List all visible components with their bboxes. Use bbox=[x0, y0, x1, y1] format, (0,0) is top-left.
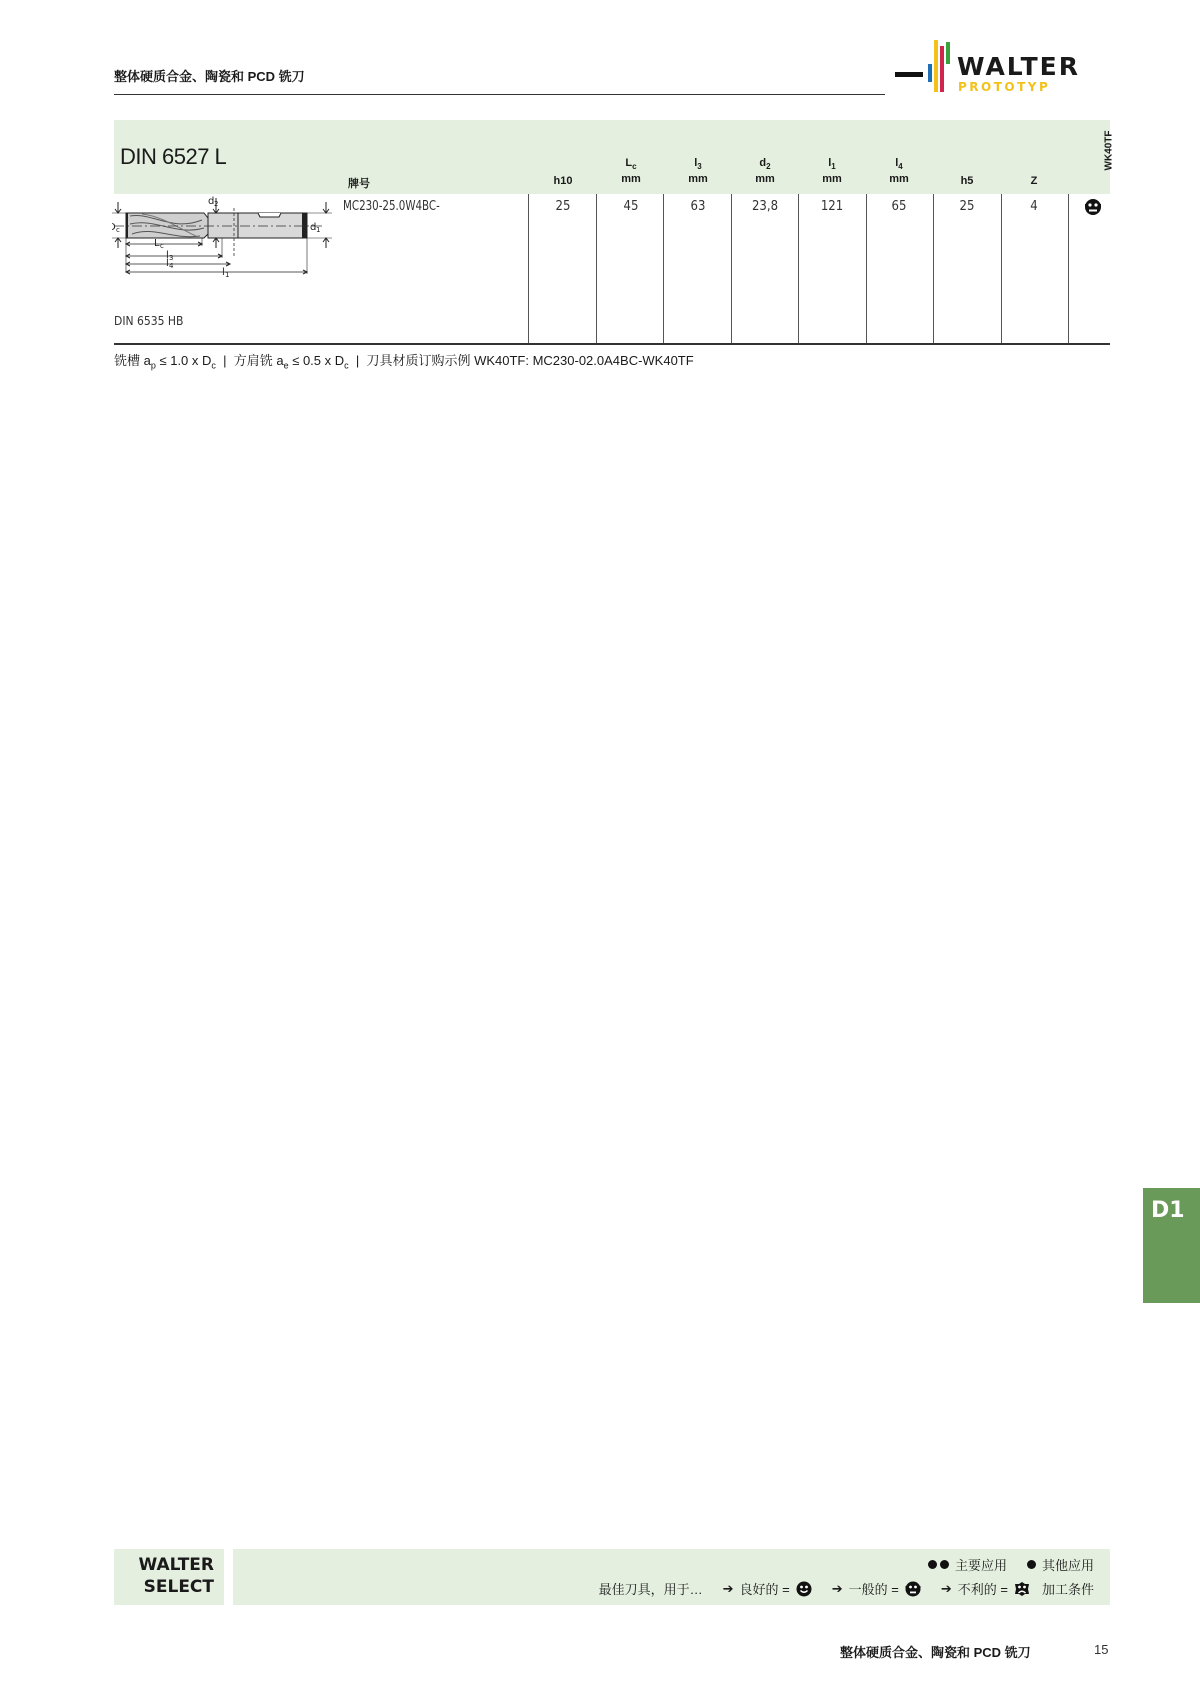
walter-select-line2: SELECT bbox=[144, 1577, 214, 1597]
footer-title: 整体硬质合金、陶瓷和 PCD 铣刀 bbox=[840, 1642, 1031, 1661]
arrow-right-icon: ➔ bbox=[723, 1581, 734, 1597]
walter-select-line1: WALTER bbox=[139, 1555, 214, 1575]
column-header-l3: l3mm bbox=[664, 157, 732, 185]
svg-text:1: 1 bbox=[225, 271, 229, 279]
logo-subword: PROTOTYP bbox=[958, 81, 1050, 93]
neutral-face-icon bbox=[905, 1581, 921, 1597]
column-divider bbox=[528, 194, 529, 344]
walter-prototyp-logo: WALTER PROTOTYP bbox=[895, 40, 1115, 96]
column-header-d2: d2mm bbox=[731, 157, 799, 185]
svg-text:4: 4 bbox=[169, 262, 174, 270]
column-header-grade: WK40TF bbox=[1104, 126, 1115, 176]
legend-row-2: 最佳刀具，用于… ➔ 良好的 = ➔ 一般的 = ➔ 不利的 = 加工条件 bbox=[599, 1579, 1094, 1598]
dot-icon bbox=[928, 1560, 937, 1569]
logo-bar-red bbox=[940, 46, 944, 92]
column-divider bbox=[933, 194, 934, 344]
happy-face-icon bbox=[796, 1581, 812, 1597]
column-header-l1: l1mm bbox=[798, 157, 866, 185]
legend-conditions: 加工条件 bbox=[1042, 1579, 1094, 1598]
section-tab-label: D1 bbox=[1151, 1198, 1185, 1223]
note-text: 铣槽 a bbox=[114, 353, 151, 368]
logo-dash bbox=[895, 72, 923, 77]
application-note: 铣槽 ap ≤ 1.0 x Dc | 方肩铣 ae ≤ 0.5 x Dc | 刀… bbox=[114, 350, 694, 371]
tool-drawing: Dc d2 d1 Lc l3 l4 l1 bbox=[112, 196, 338, 300]
page-header-title: 整体硬质合金、陶瓷和 PCD 铣刀 bbox=[114, 66, 305, 85]
legend-best-tool: 最佳刀具，用于… bbox=[599, 1579, 703, 1598]
order-number[interactable]: MC230-25.0W4BC- bbox=[343, 199, 440, 214]
svg-text:c: c bbox=[116, 226, 120, 234]
dot-icon bbox=[1027, 1560, 1036, 1569]
table-cell-l1: 121 bbox=[801, 199, 862, 214]
walter-select-box: WALTER SELECT bbox=[114, 1549, 224, 1605]
table-cell-h10: 25 bbox=[532, 199, 593, 214]
legend-good: 良好的 = bbox=[740, 1579, 790, 1598]
column-header-l4: l4mm bbox=[865, 157, 933, 185]
column-header-brand: 牌号 bbox=[348, 175, 370, 191]
column-header-h5: h5 bbox=[933, 175, 1001, 187]
note-text: ≤ 1.0 x D bbox=[156, 353, 212, 368]
table-cell-l3: 63 bbox=[667, 199, 728, 214]
column-divider bbox=[663, 194, 664, 344]
legend-main-app: 主要应用 bbox=[955, 1555, 1007, 1574]
drawing-caption: DIN 6535 HB bbox=[114, 314, 183, 328]
column-divider bbox=[1001, 194, 1002, 344]
note-text: | 方肩铣 a bbox=[216, 353, 284, 368]
arrow-right-icon: ➔ bbox=[941, 1581, 952, 1597]
neutral-face-icon bbox=[1083, 198, 1103, 216]
table-bottom-rule bbox=[114, 343, 1110, 345]
legend-row-1: 主要应用 其他应用 bbox=[928, 1555, 1094, 1574]
legend-unfavorable: 不利的 = bbox=[958, 1579, 1008, 1598]
legend-box: 主要应用 其他应用 最佳刀具，用于… ➔ 良好的 = ➔ 一般的 = ➔ 不利的… bbox=[233, 1549, 1110, 1605]
column-divider bbox=[798, 194, 799, 344]
logo-bar-green bbox=[946, 42, 950, 64]
note-text: ≤ 0.5 x D bbox=[289, 353, 345, 368]
column-divider bbox=[1068, 194, 1069, 344]
column-divider bbox=[731, 194, 732, 344]
sad-face-icon bbox=[1014, 1581, 1030, 1597]
section-tab-d1[interactable]: D1 bbox=[1143, 1188, 1200, 1303]
column-header-lc: Lcmm bbox=[597, 157, 665, 185]
table-title: DIN 6527 L bbox=[120, 144, 226, 170]
page-number: 15 bbox=[1094, 1642, 1108, 1657]
table-cell-h5: 25 bbox=[936, 199, 997, 214]
logo-word: WALTER bbox=[957, 54, 1080, 79]
svg-text:c: c bbox=[160, 242, 164, 250]
svg-text:1: 1 bbox=[316, 226, 320, 234]
column-divider bbox=[596, 194, 597, 344]
table-cell-z: 4 bbox=[1003, 199, 1064, 214]
table-cell-lc: 45 bbox=[600, 199, 661, 214]
arrow-right-icon: ➔ bbox=[832, 1581, 843, 1597]
legend-average: 一般的 = bbox=[849, 1579, 899, 1598]
logo-bar-yellow bbox=[934, 40, 938, 92]
table-cell-d2: 23,8 bbox=[734, 199, 795, 214]
dot-icon bbox=[940, 1560, 949, 1569]
column-divider bbox=[866, 194, 867, 344]
column-header-z: Z bbox=[1000, 175, 1068, 187]
column-header-h10: h10 bbox=[529, 175, 597, 187]
table-cell-l4: 65 bbox=[868, 199, 929, 214]
legend-other-app: 其他应用 bbox=[1042, 1555, 1094, 1574]
svg-text:2: 2 bbox=[214, 200, 218, 208]
logo-bar-blue bbox=[928, 64, 932, 82]
note-text: | 刀具材质订购示例 WK40TF: MC230-02.0A4BC-WK40TF bbox=[349, 353, 694, 368]
header-rule bbox=[114, 94, 885, 95]
svg-text:3: 3 bbox=[169, 254, 173, 262]
